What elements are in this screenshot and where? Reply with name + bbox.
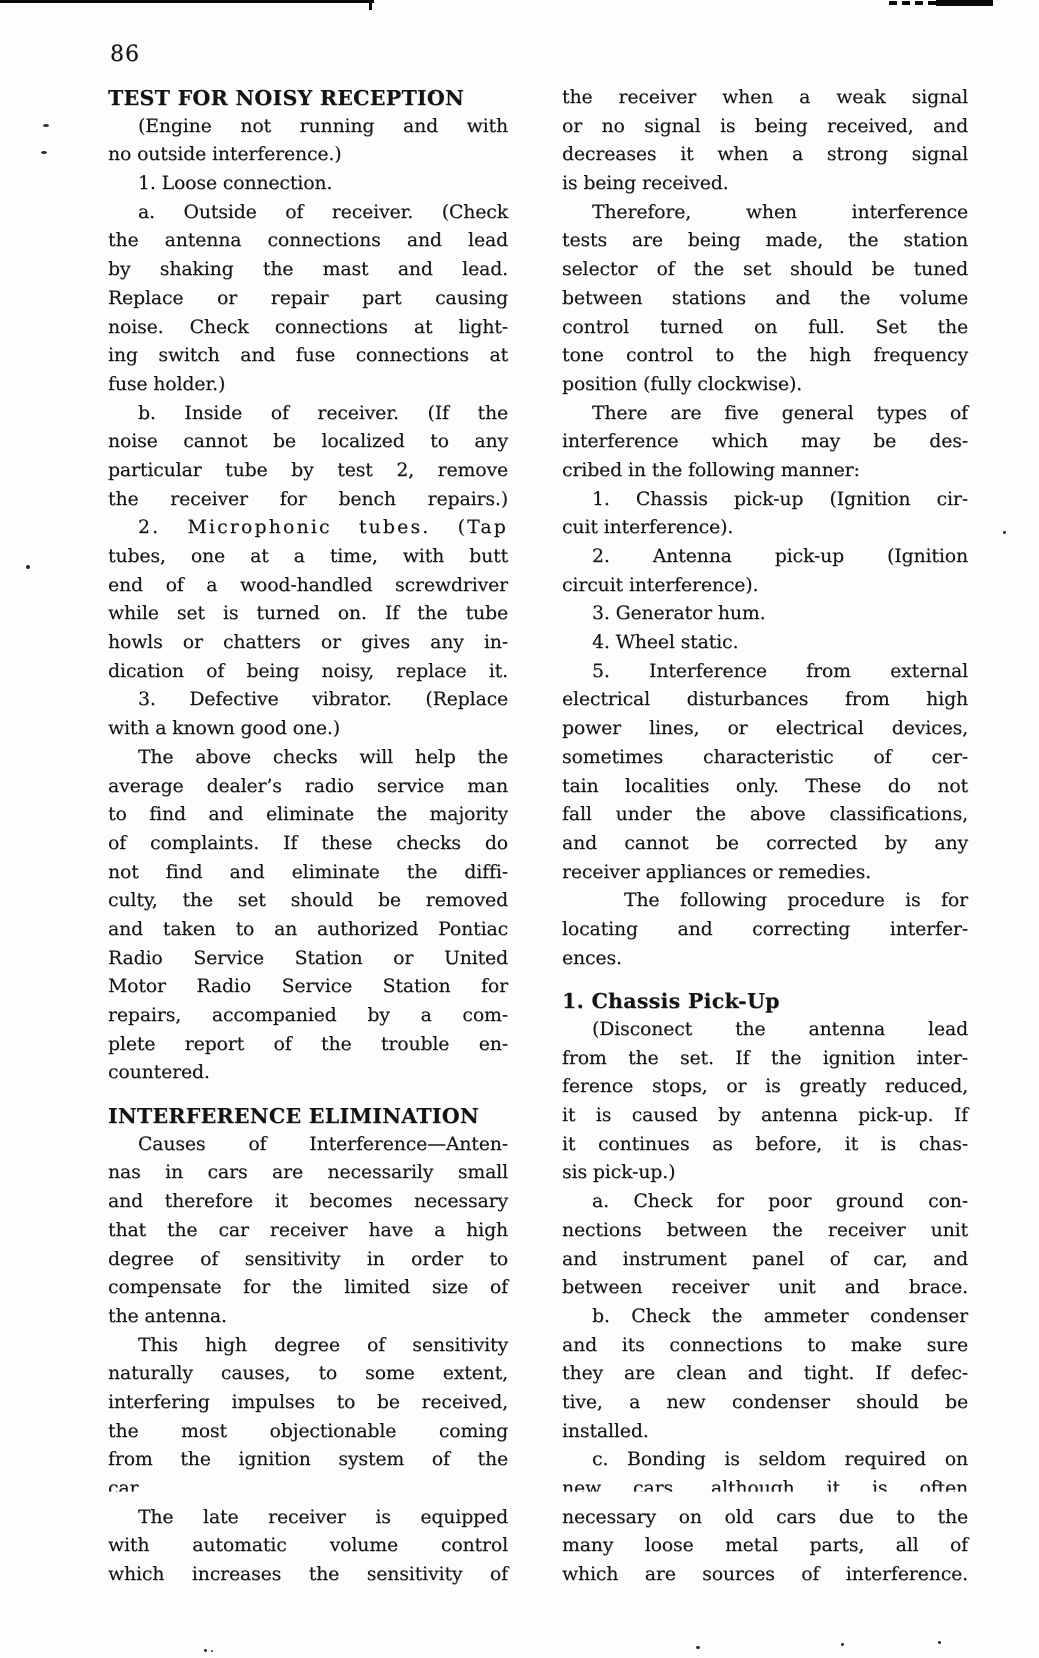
text-line: ference stops, or is greatly reduced, [562, 1073, 968, 1102]
text-line: to find and eliminate the majority [108, 801, 508, 830]
scan-speck [204, 1649, 207, 1652]
text-line: circuit interference). [562, 572, 968, 601]
text-line: receiver appliances or remedies. [562, 859, 968, 888]
text-line: a. Outside of receiver. (Check [108, 199, 508, 228]
text-line: is being received. [562, 170, 968, 199]
text-line: c. Bonding is seldom required on [562, 1446, 968, 1475]
text-line: 5. Interference from external [562, 658, 968, 687]
text-line: tests are being made, the station [562, 227, 968, 256]
text-line: sis pick-up.) [562, 1159, 968, 1188]
text-line: the receiver when a weak signal [562, 84, 968, 113]
section-heading: 1. Chassis Pick-Up [562, 987, 968, 1016]
text-line: noise. Check connections at light- [108, 314, 508, 343]
text-line: car. [108, 1475, 508, 1504]
text-line: culty, the set should be removed [108, 887, 508, 916]
text-line: 3. Generator hum. [562, 600, 968, 629]
text-line: ences. [562, 945, 968, 974]
text-line: The above checks will help the [108, 744, 508, 773]
text-line: The late receiver is equipped [108, 1504, 508, 1533]
text-line: tone control to the high frequency [562, 342, 968, 371]
text-line: which increases the sensitivity of [108, 1561, 508, 1590]
text-line: b. Check the ammeter condenser [562, 1303, 968, 1332]
text-line: 2. Microphonic tubes. (Tap [108, 514, 508, 543]
text-line: while set is turned on. If the tube [108, 600, 508, 629]
text-line: not find and eliminate the diffi- [108, 859, 508, 888]
text-line: decreases it when a strong signal [562, 141, 968, 170]
scan-speck [41, 151, 47, 154]
text-line: average dealer’s radio service man [108, 773, 508, 802]
text-line: position (fully clockwise). [562, 371, 968, 400]
text-line: electrical disturbances from high [562, 686, 968, 715]
text-line: Therefore, when interference [562, 199, 968, 228]
text-line: Radio Service Station or United [108, 945, 508, 974]
scan-speck [1003, 531, 1006, 534]
text-line: and instrument panel of car, and [562, 1246, 968, 1275]
text-line: no outside interference.) [108, 141, 508, 170]
text-line: cribed in the following manner: [562, 457, 968, 486]
text-line: from the set. If the ignition inter- [562, 1045, 968, 1074]
text-line: power lines, or electrical devices, [562, 715, 968, 744]
left-column: TEST FOR NOISY RECEPTION(Engine not runn… [108, 84, 508, 1590]
text-line: the receiver for bench repairs.) [108, 486, 508, 515]
text-line: interference which may be des- [562, 428, 968, 457]
text-line: plete report of the trouble en- [108, 1031, 508, 1060]
text-line: compensate for the limited size of [108, 1274, 508, 1303]
text-line: 1. Loose connection. [108, 170, 508, 199]
scan-artifact-top-rule [0, 0, 374, 3]
text-line: control turned on full. Set the [562, 314, 968, 343]
text-line: repairs, accompanied by a com- [108, 1002, 508, 1031]
text-line: cuit interference). [562, 514, 968, 543]
text-line: many loose metal parts, all of [562, 1532, 968, 1561]
text-line: tive, a new condenser should be [562, 1389, 968, 1418]
text-line: and cannot be corrected by any [562, 830, 968, 859]
text-line: that the car receiver have a high [108, 1217, 508, 1246]
scan-speck [696, 1646, 700, 1649]
text-line: by shaking the mast and lead. [108, 256, 508, 285]
scan-speck [938, 1641, 941, 1644]
text-line: dication of being noisy, replace it. [108, 658, 508, 687]
text-line: fuse holder.) [108, 371, 508, 400]
text-line: naturally causes, to some extent, [108, 1360, 508, 1389]
text-line: from the ignition system of the [108, 1446, 508, 1475]
text-line: new cars, although it is often [562, 1475, 968, 1504]
text-line: (Disconect the antenna lead [562, 1016, 968, 1045]
text-line: or no signal is being received, and [562, 113, 968, 142]
text-line: (Engine not running and with [108, 113, 508, 142]
scan-speck [43, 124, 49, 127]
text-line: necessary on old cars due to the [562, 1504, 968, 1533]
text-line: between stations and the volume [562, 285, 968, 314]
text-line: tubes, one at a time, with butt [108, 543, 508, 572]
text-line: with automatic volume control [108, 1532, 508, 1561]
text-line: the antenna connections and lead [108, 227, 508, 256]
scan-speck [841, 1643, 844, 1646]
scan-artifact-solid-bar [936, 0, 993, 6]
right-column: the receiver when a weak signalor no sig… [562, 84, 968, 1590]
text-line: and taken to an authorized Pontiac [108, 916, 508, 945]
text-line: This high degree of sensitivity [108, 1332, 508, 1361]
text-line: the antenna. [108, 1303, 508, 1332]
text-line: howls or chatters or gives any in- [108, 629, 508, 658]
text-line: 2. Antenna pick-up (Ignition [562, 543, 968, 572]
document-page: 86 TEST FOR NOISY RECEPTION(Engine not r… [0, 0, 1039, 1658]
text-line: 4. Wheel static. [562, 629, 968, 658]
text-line: interfering impulses to be received, [108, 1389, 508, 1418]
text-line: The following procedure is for [562, 887, 968, 916]
text-line: the most objectionable coming [108, 1418, 508, 1447]
page-number: 86 [110, 42, 140, 67]
text-line: and its connections to make sure [562, 1332, 968, 1361]
scan-artifact-dashed-bar [889, 1, 936, 5]
text-line: fall under the above classifications, [562, 801, 968, 830]
text-line: countered. [108, 1059, 508, 1088]
text-line: noise cannot be localized to any [108, 428, 508, 457]
section-heading: TEST FOR NOISY RECEPTION [108, 84, 508, 113]
text-line: of complaints. If these checks do [108, 830, 508, 859]
text-line: with a known good one.) [108, 715, 508, 744]
text-line: Causes of Interference—Anten- [108, 1131, 508, 1160]
text-line: sometimes characteristic of cer- [562, 744, 968, 773]
section-heading: INTERFERENCE ELIMINATION [108, 1102, 508, 1131]
text-line: Replace or repair part causing [108, 285, 508, 314]
text-line: they are clean and tight. If defec- [562, 1360, 968, 1389]
text-line: There are five general types of [562, 400, 968, 429]
text-line: selector of the set should be tuned [562, 256, 968, 285]
scan-speck [211, 1650, 213, 1652]
text-line: degree of sensitivity in order to [108, 1246, 508, 1275]
text-line: which are sources of interference. [562, 1561, 968, 1590]
text-line: b. Inside of receiver. (If the [108, 400, 508, 429]
text-line: ing switch and fuse connections at [108, 342, 508, 371]
text-line: end of a wood-handled screwdriver [108, 572, 508, 601]
text-line: it is caused by antenna pick-up. If [562, 1102, 968, 1131]
text-line: and therefore it becomes necessary [108, 1188, 508, 1217]
text-line: 1. Chassis pick-up (Ignition cir- [562, 486, 968, 515]
text-line: installed. [562, 1418, 968, 1447]
text-line: nas in cars are necessarily small [108, 1159, 508, 1188]
text-line: locating and correcting interfer- [562, 916, 968, 945]
text-line: nections between the receiver unit [562, 1217, 968, 1246]
text-line: tain localities only. These do not [562, 773, 968, 802]
text-line: particular tube by test 2, remove [108, 457, 508, 486]
text-line: between receiver unit and brace. [562, 1274, 968, 1303]
scan-speck [26, 565, 30, 569]
text-line: it continues as before, it is chas- [562, 1131, 968, 1160]
text-line: 3. Defective vibrator. (Replace [108, 686, 508, 715]
scan-artifact-top-tick [369, 0, 372, 10]
text-line: Motor Radio Service Station for [108, 973, 508, 1002]
text-line: a. Check for poor ground con- [562, 1188, 968, 1217]
